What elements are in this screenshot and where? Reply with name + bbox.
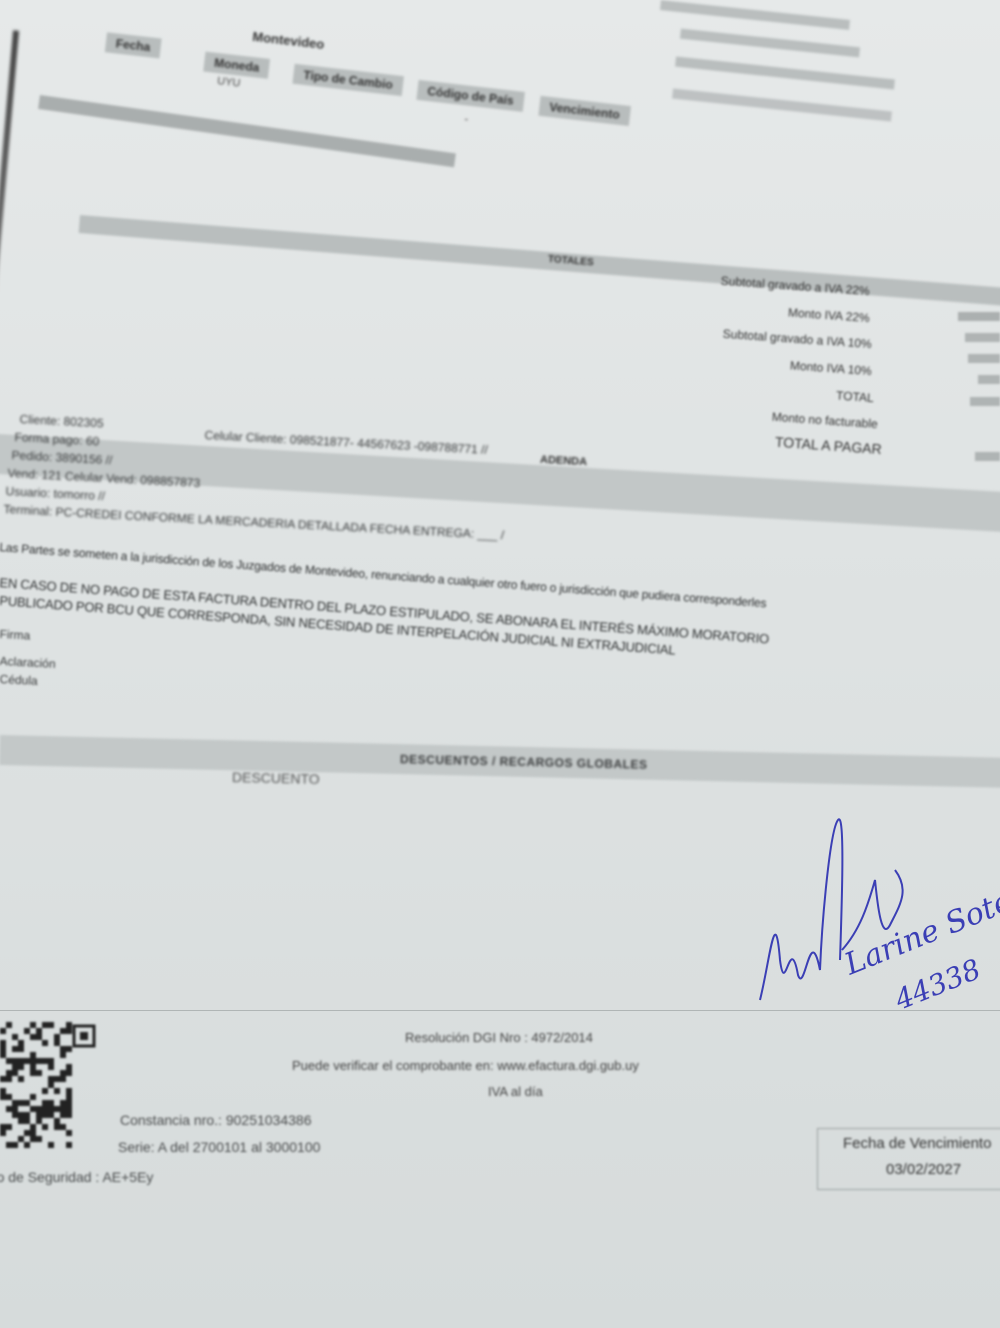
sign-field-aclaracion: Aclaración: [0, 654, 56, 671]
totals-title: TOTALES: [548, 254, 594, 269]
issuer-line: [680, 29, 860, 58]
signature-id: 44338: [889, 953, 985, 1017]
qr-code-icon: [0, 1018, 96, 1148]
legal-jurisdiction: Las Partes se someten a la jurisdicción …: [0, 540, 767, 610]
resolucion-dgi: Resolución DGI Nro : 4972/2014: [405, 1030, 593, 1045]
constancia-nro: Constancia nro.: 90251034386: [120, 1112, 311, 1128]
col-vencimiento: Vencimiento: [538, 96, 630, 126]
discount-label: DESCUENTO: [232, 769, 320, 787]
adenda-terminal: Terminal: PC-CREDEI CONFORME LA MERCADER…: [3, 502, 504, 542]
value-codigo-pais: -: [464, 113, 469, 125]
serie-range: Serie: A del 2700101 al 3000100: [118, 1139, 320, 1155]
totals-value: [958, 312, 1000, 321]
city-label: Montevideo: [252, 29, 325, 52]
sign-field-firma: Firma: [0, 627, 31, 643]
handwritten-signature: Larine Sotelo 44338: [750, 810, 1000, 1020]
col-fecha: Fecha: [105, 32, 162, 58]
due-date-label: Fecha de Vencimiento: [843, 1135, 991, 1152]
value-moneda: UYU: [217, 75, 241, 90]
footer-divider: [0, 1010, 1000, 1011]
issuer-line: [660, 0, 850, 30]
sign-field-cedula: Cédula: [0, 672, 38, 688]
iva-al-dia: IVA al día: [488, 1084, 543, 1099]
totals-value: [978, 375, 1000, 384]
verify-url: Puede verificar el comprobante en: www.e…: [292, 1058, 639, 1073]
adenda-title: ADENDA: [540, 454, 588, 468]
codigo-seguridad: Código de Seguridad : AE+5Ey: [0, 1169, 153, 1185]
col-codigo-pais: Código de País: [416, 80, 524, 112]
totals-value: [968, 354, 1000, 363]
col-tipo-cambio: Tipo de Cambio: [292, 64, 403, 96]
col-moneda: Moneda: [203, 52, 270, 79]
totals-value: [970, 397, 1000, 406]
due-date-box: Fecha de Vencimiento 03/02/2027: [817, 1128, 1000, 1190]
due-date-value: 03/02/2027: [886, 1161, 961, 1178]
totals-value: [965, 333, 1000, 342]
